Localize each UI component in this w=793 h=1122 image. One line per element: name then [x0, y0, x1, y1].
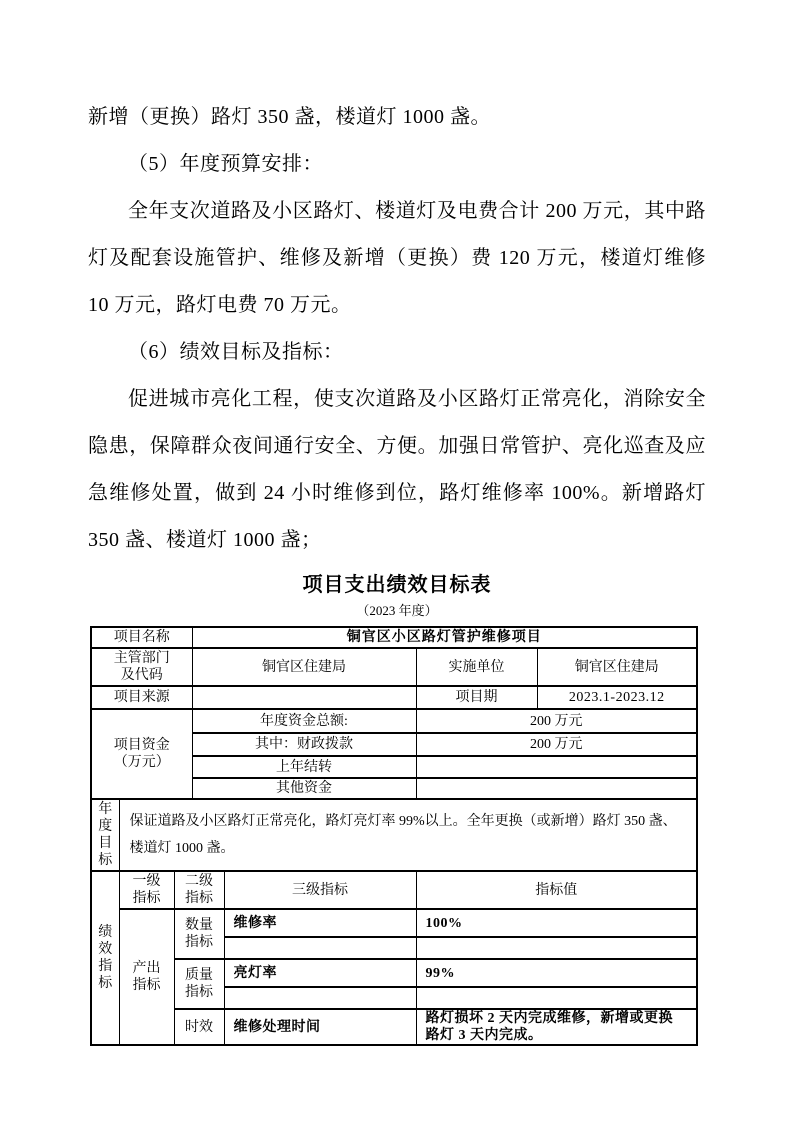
- dept-label: 主管部门 及代码: [91, 648, 192, 686]
- timeliness-label: 时效: [174, 1009, 224, 1045]
- paragraph-lamp-counts: 新增（更换）路灯 350 盏，楼道灯 1000 盏。: [88, 94, 706, 141]
- funds-total-label: 年度资金总额:: [192, 709, 416, 733]
- header-level1: 一级 指标: [119, 871, 174, 909]
- table-row: 项目名称 铜官区小区路灯管护维修项目: [91, 627, 697, 648]
- funds-fiscal-value: 200 万元: [416, 733, 697, 756]
- empty-indicator-value: [416, 937, 697, 959]
- paragraph-heading-budget: （5）年度预算安排：: [88, 141, 706, 188]
- performance-target-table: 项目名称 铜官区小区路灯管护维修项目 主管部门 及代码 铜官区住建局 实施单位 …: [90, 626, 698, 1046]
- paragraph-performance-detail: 促进城市亮化工程，使支次道路及小区路灯正常亮化，消除安全隐患，保障群众夜间通行安…: [88, 376, 706, 564]
- perf-indicator-label: 绩 效 指 标: [91, 871, 119, 1045]
- funds-fiscal-label: 其中：财政拨款: [192, 733, 416, 756]
- empty-indicator-name: [224, 937, 416, 959]
- period-label: 项目期: [416, 686, 537, 709]
- lighting-rate-value: 99%: [416, 959, 697, 987]
- paragraph-heading-performance: （6）绩效目标及指标：: [88, 329, 706, 376]
- funds-carryover-value: [416, 756, 697, 778]
- paragraph-budget-detail: 全年支次道路及小区路灯、楼道灯及电费合计 200 万元，其中路灯及配套设施管护、…: [88, 188, 706, 329]
- project-name-value: 铜官区小区路灯管护维修项目: [192, 627, 697, 648]
- table-subtitle: （2023 年度）: [88, 601, 706, 621]
- repair-rate-name: 维修率: [224, 909, 416, 937]
- impl-unit-label: 实施单位: [416, 648, 537, 686]
- quality-indicator-label: 质量 指标: [174, 959, 224, 1009]
- header-level3: 三级指标: [224, 871, 416, 909]
- empty-indicator-name: [224, 987, 416, 1009]
- table-row: 主管部门 及代码 铜官区住建局 实施单位 铜官区住建局: [91, 648, 697, 686]
- funds-other-label: 其他资金: [192, 778, 416, 799]
- table-row: 质量 指标 亮灯率 99%: [91, 959, 697, 987]
- repair-rate-value: 100%: [416, 909, 697, 937]
- quantity-indicator-label: 数量 指标: [174, 909, 224, 959]
- lighting-rate-name: 亮灯率: [224, 959, 416, 987]
- dept-value: 铜官区住建局: [192, 648, 416, 686]
- annual-goal-label: 年 度 目 标: [91, 799, 119, 871]
- table-title: 项目支出绩效目标表: [88, 571, 706, 600]
- table-row: 产出 指标 数量 指标 维修率 100%: [91, 909, 697, 937]
- repair-time-value: 路灯损坏 2 天内完成维修，新增或更换路灯 3 天内完成。: [416, 1009, 697, 1045]
- source-value: [192, 686, 416, 709]
- document-page: 新增（更换）路灯 350 盏，楼道灯 1000 盏。 （5）年度预算安排： 全年…: [0, 0, 793, 1122]
- header-value: 指标值: [416, 871, 697, 909]
- period-value: 2023.1-2023.12: [537, 686, 697, 709]
- funds-other-value: [416, 778, 697, 799]
- project-name-label: 项目名称: [91, 627, 192, 648]
- table-row: 项目资金 （万元） 年度资金总额: 200 万元: [91, 709, 697, 733]
- table-row: 绩 效 指 标 一级 指标 二级 指标 三级指标 指标值: [91, 871, 697, 909]
- empty-indicator-value: [416, 987, 697, 1009]
- funds-carryover-label: 上年结转: [192, 756, 416, 778]
- repair-time-name: 维修处理时间: [224, 1009, 416, 1045]
- impl-unit-value: 铜官区住建局: [537, 648, 697, 686]
- table-row: 项目来源 项目期 2023.1-2023.12: [91, 686, 697, 709]
- table-row: 时效 维修处理时间 路灯损坏 2 天内完成维修，新增或更换路灯 3 天内完成。: [91, 1009, 697, 1045]
- document-content: 新增（更换）路灯 350 盏，楼道灯 1000 盏。 （5）年度预算安排： 全年…: [0, 0, 793, 1046]
- output-indicator-label: 产出 指标: [119, 909, 174, 1045]
- funds-total-value: 200 万元: [416, 709, 697, 733]
- annual-goal-text: 保证道路及小区路灯正常亮化，路灯亮灯率 99%以上。全年更换（或新增）路灯 35…: [119, 799, 697, 871]
- table-row: 年 度 目 标 保证道路及小区路灯正常亮化，路灯亮灯率 99%以上。全年更换（或…: [91, 799, 697, 871]
- funds-label: 项目资金 （万元）: [91, 709, 192, 799]
- header-level2: 二级 指标: [174, 871, 224, 909]
- source-label: 项目来源: [91, 686, 192, 709]
